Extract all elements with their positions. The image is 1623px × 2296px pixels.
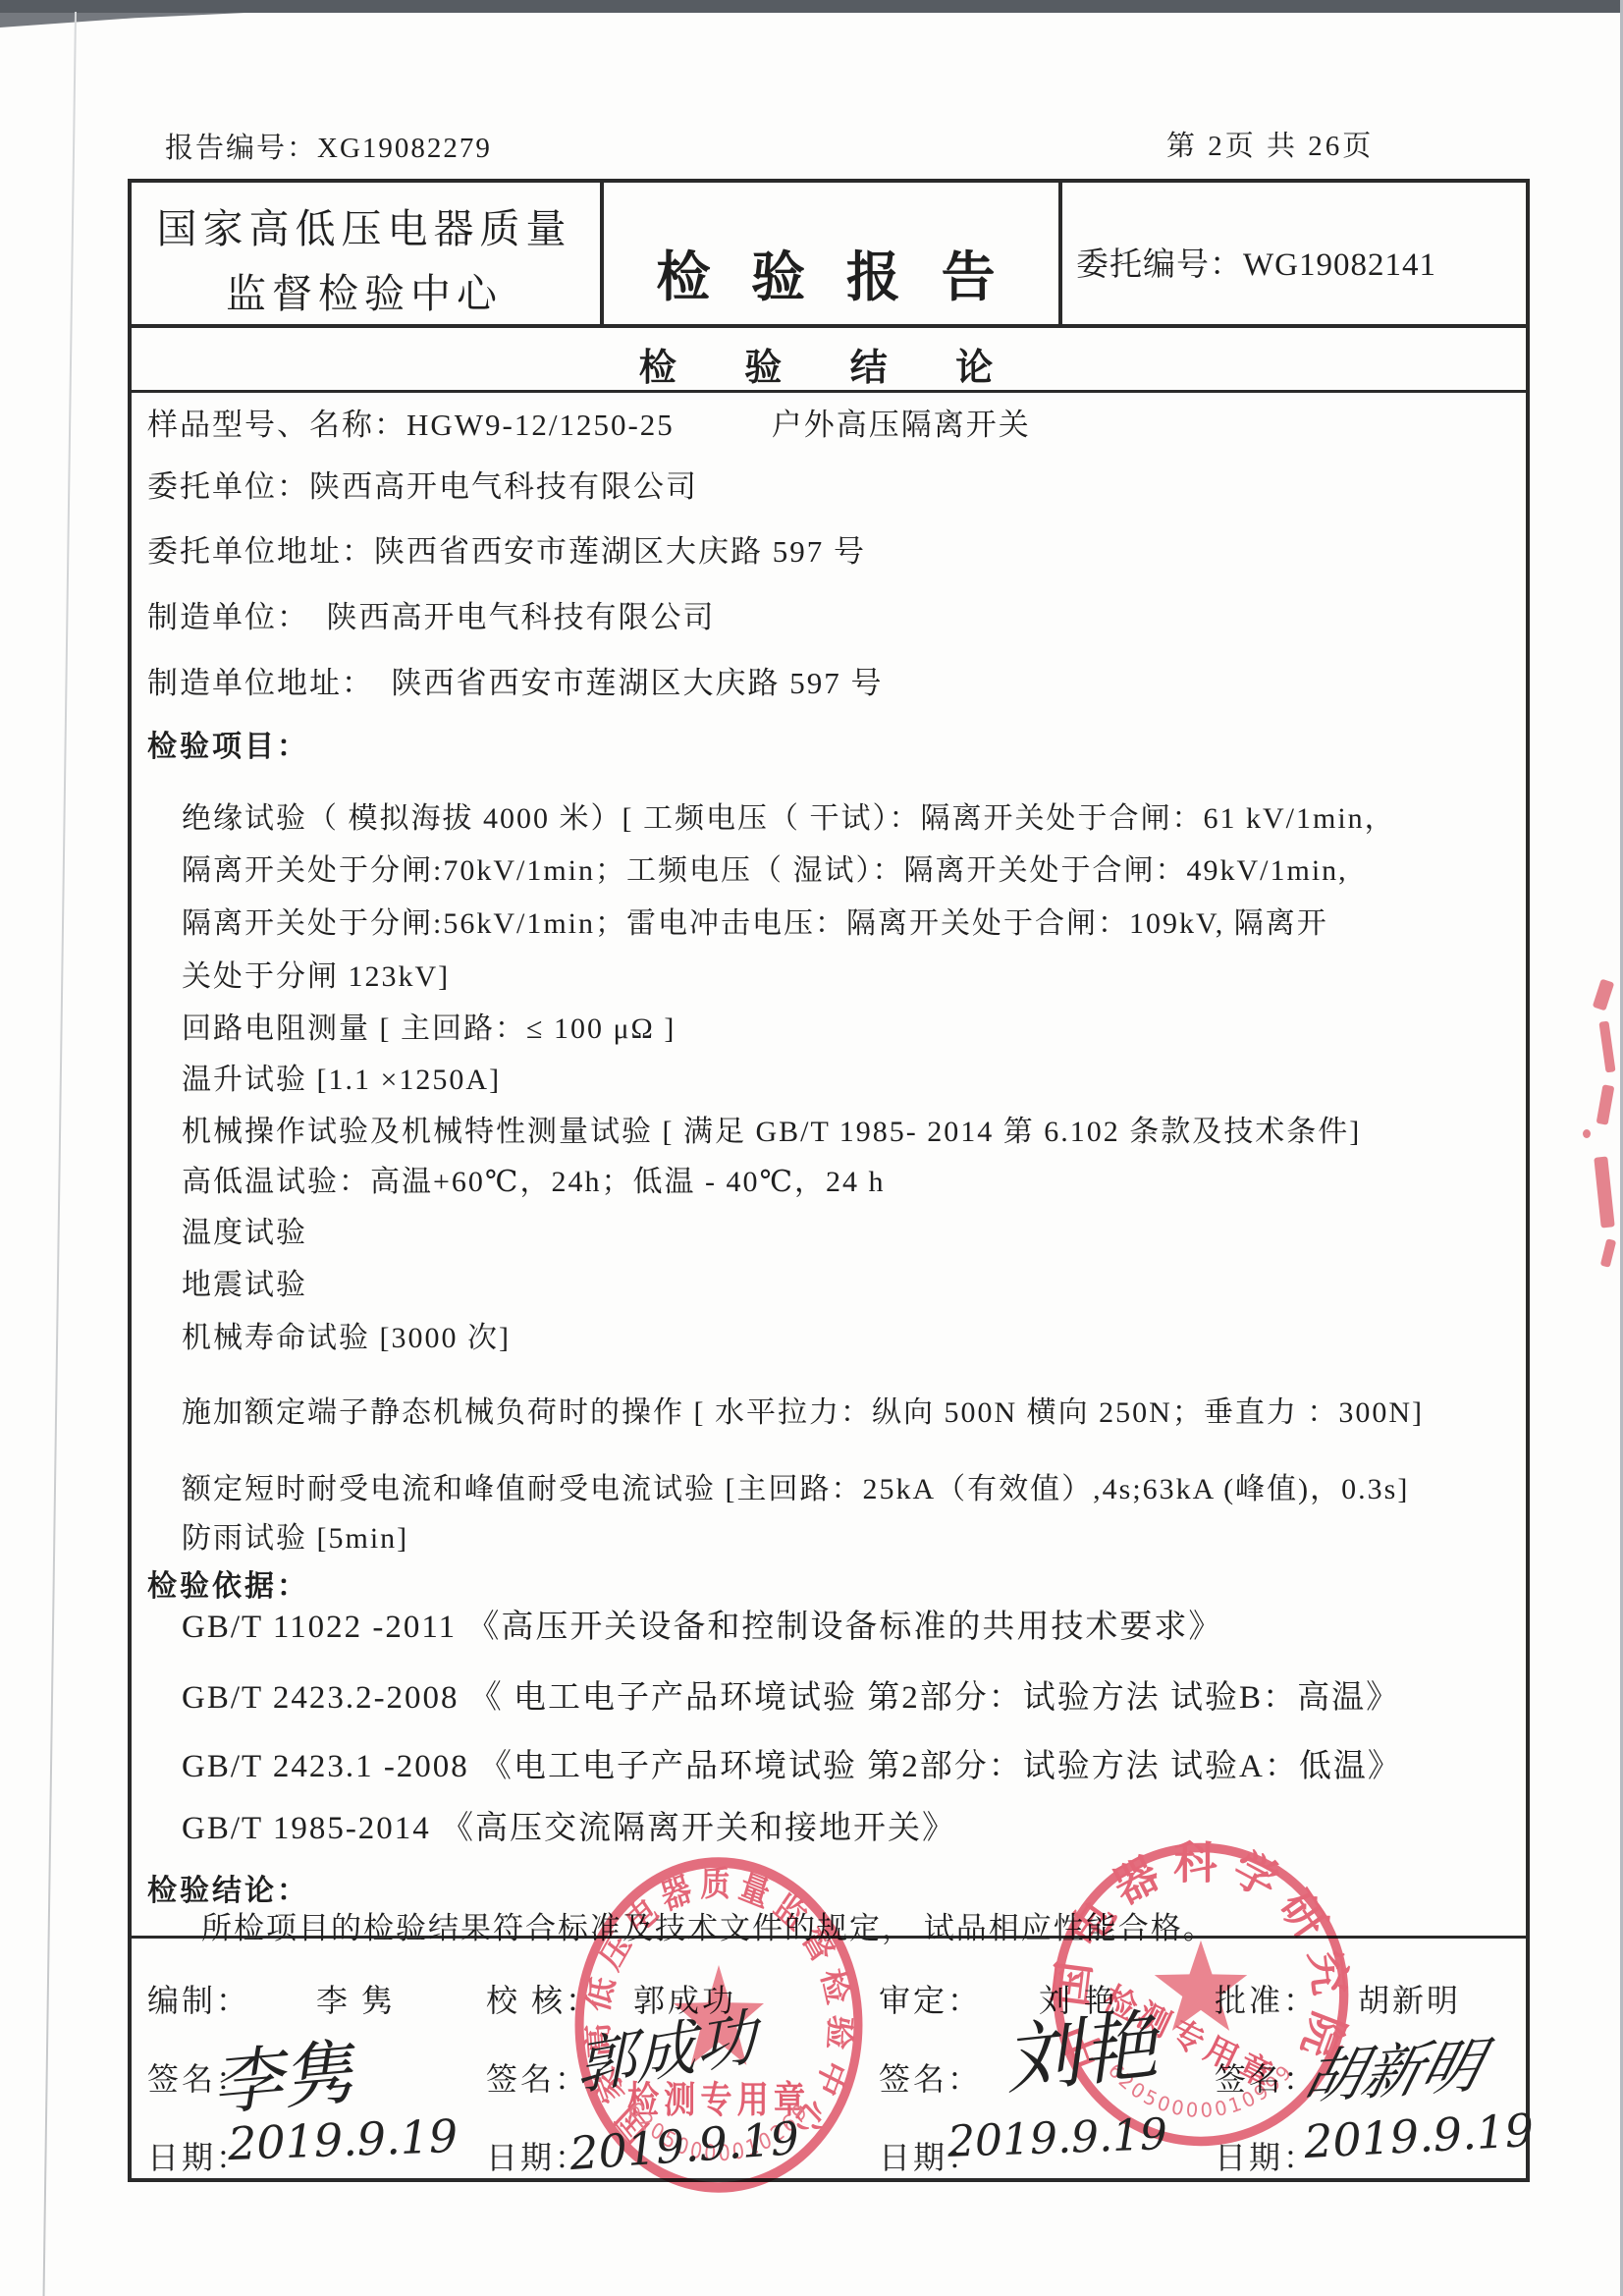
item-line: 绝缘试验（ 模拟海拔 4000 米）[ 工频电压（ 干试）：隔离开关处于合闸：6… [182, 793, 1396, 837]
role-name-approver: 胡新明 [1358, 1976, 1461, 2021]
page-fold-line [42, 12, 77, 2296]
sample-model-line: 样品型号、名称：HGW9-12/1250-25 户外高压隔离开关 [147, 400, 1031, 444]
basis-line: GB/T 2423.2-2008 《 电工电子产品环境试验 第2部分：试验方法 … [182, 1671, 1400, 1718]
date-handwritten-1: 2019.9.19 [227, 2109, 459, 2170]
header-divider-1 [600, 183, 604, 324]
stamp-bleed-fragment [1598, 1021, 1615, 1073]
item-line: 地震试验 [182, 1260, 307, 1303]
item-line: 机械操作试验及机械特性测量试验 [ 满足 GB/T 1985- 2014 第 6… [182, 1107, 1361, 1150]
item-line: 温度试验 [182, 1208, 307, 1251]
scanned-inspection-report-page: 报告编号：XG19082279 第 2页 共 26页 国家高低压电器质量 监督检… [0, 0, 1623, 2296]
item-line: 防雨试验 [5min] [182, 1513, 408, 1557]
item-line: 隔离开关处于分闸:70kV/1min；工频电压（ 湿试）：隔离开关处于合闸：49… [182, 846, 1348, 889]
commission-number: 委托编号：WG19082141 [1076, 239, 1436, 285]
item-line: 回路电阻测量 [ 主回路：≤ 100 μΩ ] [182, 1004, 676, 1047]
signature-handwritten-compiler: 李隽 [207, 2015, 357, 2129]
item-line: 高低温试验：高温+60℃，24h；低温 - 40℃，24 h [182, 1157, 886, 1200]
sign-label-3: 签名： [879, 2054, 982, 2100]
org-name-line1: 国家高低压电器质量 [137, 196, 591, 254]
report-number-value: XG19082279 [317, 133, 492, 164]
role-label-compiler: 编制： [147, 1976, 250, 2021]
item-line: 额定短时耐受电流和峰值耐受电流试验 [主回路：25kA（有效值）,4s;63kA… [182, 1464, 1409, 1507]
item-line: 机械寿命试验 [3000 次] [182, 1313, 511, 1356]
section-title-conclusion: 检 验 结 论 [132, 337, 1530, 391]
stamp-bleed-fragment [1600, 1238, 1616, 1268]
manufacturer-line: 制造单位： 陕西高开电气科技有限公司 [147, 592, 716, 636]
stamp-bleed-fragment [1583, 1129, 1591, 1138]
role-name-compiler: 李 隽 [316, 1976, 396, 2021]
header-divider-2 [1058, 183, 1062, 324]
basis-line: GB/T 2423.1 -2008 《电工电子产品环境试验 第2部分：试验方法 … [182, 1740, 1402, 1786]
scanner-edge-corner [0, 13, 245, 27]
report-number: 报告编号：XG19082279 [165, 126, 492, 166]
client-line: 委托单位：陕西高开电气科技有限公司 [147, 462, 698, 506]
report-title: 检 验 报 告 [607, 234, 1058, 311]
signature-handwritten-reviewer: 刘艳 [999, 1984, 1163, 2109]
item-line: 施加额定端子静态机械负荷时的操作 [ 水平拉力：纵向 500N 横向 250N；… [182, 1388, 1424, 1431]
commission-number-value: WG19082141 [1243, 247, 1436, 283]
item-line: 关处于分闸 123kV] [182, 952, 450, 995]
item-line: 隔离开关处于分闸:56kV/1min；雷电冲击电压：隔离开关处于合闸：109kV… [182, 899, 1328, 942]
basis-line: GB/T 1985-2014 《高压交流隔离开关和接地开关》 [182, 1802, 956, 1848]
stamp-bleed-fragment [1596, 1084, 1615, 1124]
scanner-edge-top [0, 0, 1623, 13]
items-label: 检验项目： [147, 722, 309, 765]
date-handwritten-3: 2019.9.19 [947, 2109, 1168, 2167]
role-label-reviewer: 审定： [879, 1976, 982, 2021]
signature-handwritten-approver: 胡新明 [1295, 2018, 1492, 2116]
basis-label: 检验依据： [147, 1561, 309, 1605]
manufacturer-address-line: 制造单位地址： 陕西省西安市莲湖区大庆路 597 号 [147, 658, 884, 702]
page-indicator: 第 2页 共 26页 [1166, 124, 1374, 164]
stamp-bleed-fragment [1593, 979, 1615, 1011]
stamp-bleed-fragment [1594, 1156, 1614, 1228]
item-line: 温升试验 [1.1 ×1250A] [182, 1055, 501, 1098]
basis-line: GB/T 11022 -2011 《高压开关设备和控制设备标准的共用技术要求》 [182, 1601, 1222, 1647]
commission-number-label: 委托编号： [1076, 247, 1243, 283]
client-address-line: 委托单位地址：陕西省西安市莲湖区大庆路 597 号 [147, 526, 866, 571]
org-name-line2: 监督检验中心 [137, 261, 591, 319]
header-bottom-border [132, 324, 1526, 328]
report-number-label: 报告编号： [165, 133, 317, 164]
